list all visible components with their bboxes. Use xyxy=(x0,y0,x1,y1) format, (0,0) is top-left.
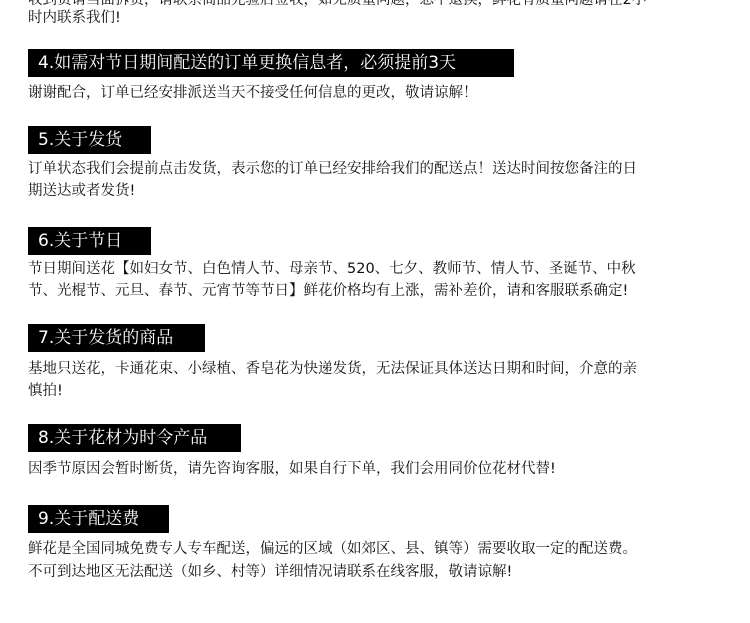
section-text-7-line-2: 慎拍! xyxy=(28,380,718,402)
section-text-4-line-1: 谢谢配合，订单已经安排派送当天不接受任何信息的更改，敬请谅解！ xyxy=(28,82,718,104)
section-text-7-line-1: 基地只送花，卡通花束、小绿植、香皂花为快递发货，无法保证具体送达日期和时间，介意… xyxy=(28,358,718,380)
section-text-9-line-1: 鲜花是全国同城免费专人专车配送，偏远的区域（如郊区、县、镇等）需要收取一定的配送… xyxy=(28,538,718,560)
section-text-6-line-1: 节日期间送花【如妇女节、白色情人节、母亲节、520、七夕、教师节、情人节、圣诞节… xyxy=(28,258,718,280)
section-heading-6: 6.关于节日 xyxy=(28,227,151,255)
section-heading-7: 7.关于发货的商品 xyxy=(28,324,205,352)
section-text-8-line-1: 因季节原因会暂时断货，请先咨询客服，如果自行下单，我们会用同价位花材代替! xyxy=(28,458,718,480)
section-text-5-line-2: 期送达或者发货! xyxy=(28,180,718,202)
section-heading-5: 5.关于发货 xyxy=(28,126,151,154)
section-heading-8: 8.关于花材为时令产品 xyxy=(28,424,241,452)
section-heading-9: 9.关于配送费 xyxy=(28,505,169,533)
section-text-5-line-1: 订单状态我们会提前点击发货，表示您的订单已经安排给我们的配送点！送达时间按您备注… xyxy=(28,158,718,180)
intro-line: 时内联系我们! xyxy=(28,7,718,29)
section-text-9-line-2: 不可到达地区无法配送（如乡、村等）详细情况请联系在线客服，敬请谅解! xyxy=(28,561,718,583)
section-heading-4: 4.如需对节日期间配送的订单更换信息者，必须提前3天 xyxy=(28,49,514,77)
section-text-6-line-2: 节、光棍节、元旦、春节、元宵节等节日】鲜花价格均有上涨，需补差价，请和客服联系确… xyxy=(28,280,718,302)
